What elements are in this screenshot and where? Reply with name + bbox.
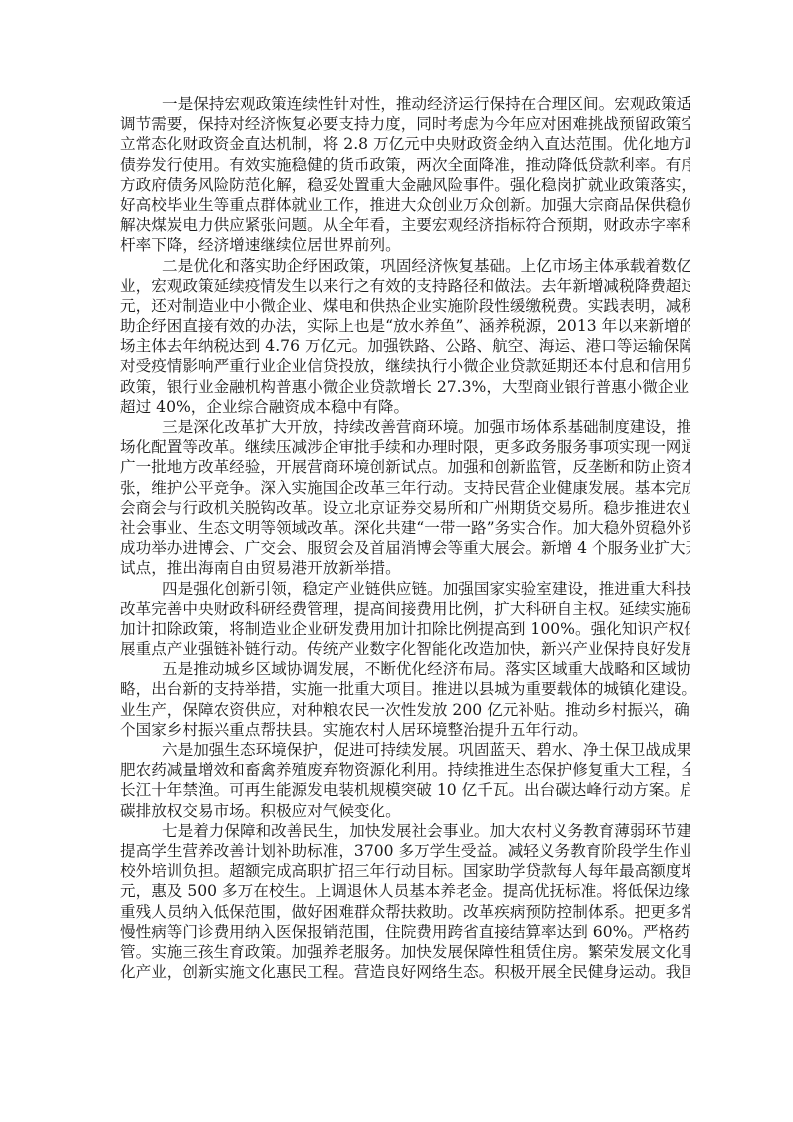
text-line: 助企纾困直接有效的办法，实际上也是“放水养鱼”、涵养税源，2013 年以来新增的…	[120, 316, 690, 336]
text-line: 校外培训负担。超额完成高职扩招三年行动目标。国家助学贷款每人每年最高额度增加 4…	[120, 861, 690, 881]
text-line: 社会事业、生态文明等领域改革。深化共建“一带一路”务实合作。加大稳外贸稳外资力度…	[120, 518, 690, 538]
text-line: 场主体去年纳税达到 4.76 万亿元。加强铁路、公路、航空、海运、港口等运输保障…	[120, 336, 690, 356]
text-line: 改革完善中央财政科研经费管理，提高间接费用比例，扩大科研自主权。延续实施研发费用	[120, 599, 690, 619]
text-line: 方政府债务风险防范化解，稳妥处置重大金融风险事件。强化稳岗扩就业政策落实，扎实做	[120, 175, 690, 195]
paragraph-4: 四是强化创新引领，稳定产业链供应链。加强国家实验室建设，推进重大科技项目实施。 …	[120, 579, 690, 660]
text-line: 解决煤炭电力供应紧张问题。从全年看，主要宏观经济指标符合预期，财政赤字率和宏观杠	[120, 215, 690, 235]
text-line: 调节需要，保持对经济恢复必要支持力度，同时考虑为今年应对困难挑战预留政策空间。建	[120, 114, 690, 134]
document-body: 一是保持宏观政策连续性针对性，推动经济运行保持在合理区间。宏观政策适应跨周期 调…	[120, 94, 690, 982]
text-line: 政策，银行业金融机构普惠小微企业贷款增长 27.3%，大型商业银行普惠小微企业贷…	[120, 377, 690, 397]
text-line: 会商会与行政机关脱钩改革。设立北京证券交易所和广州期货交易所。稳步推进农业农村、	[120, 498, 690, 518]
text-line: 杆率下降，经济增速继续位居世界前列。	[120, 235, 690, 255]
text-line: 五是推动城乡区域协调发展，不断优化经济布局。落实区域重大战略和区域协调发展战	[120, 659, 690, 679]
text-line: 广一批地方改革经验，开展营商环境创新试点。加强和创新监管，反垄断和防止资本无序扩	[120, 457, 690, 477]
paragraph-3: 三是深化改革扩大开放，持续改善营商环境。加强市场体系基础制度建设，推进要素市 场…	[120, 417, 690, 579]
text-line: 个国家乡村振兴重点帮扶县。实施农村人居环境整治提升五年行动。	[120, 720, 690, 740]
text-line: 元，还对制造业中小微企业、煤电和供热企业实施阶段性缓缴税费。实践表明，减税降费是	[120, 296, 690, 316]
text-line: 提高学生营养改善计划补助标准，3700 多万学生受益。减轻义务教育阶段学生作业负…	[120, 841, 690, 861]
text-line: 债券发行使用。有效实施稳健的货币政策，两次全面降准，推动降低贷款利率。有序推进地	[120, 155, 690, 175]
paragraph-2: 二是优化和落实助企纾困政策，巩固经济恢复基础。上亿市场主体承载着数亿人就业创 业…	[120, 256, 690, 418]
text-line: 成功举办进博会、广交会、服贸会及首届消博会等重大展会。新增 4 个服务业扩大开放…	[120, 538, 690, 558]
text-line: 立常态化财政资金直达机制，将 2.8 万亿元中央财政资金纳入直达范围。优化地方政…	[120, 134, 690, 154]
text-line: 慢性病等门诊费用纳入医保报销范围，住院费用跨省直接结算率达到 60%。严格药品疫…	[120, 922, 690, 942]
text-line: 二是优化和落实助企纾困政策，巩固经济恢复基础。上亿市场主体承载着数亿人就业创	[120, 256, 690, 276]
paragraph-5: 五是推动城乡区域协调发展，不断优化经济布局。落实区域重大战略和区域协调发展战 略…	[120, 659, 690, 740]
text-line: 业生产，保障农资供应，对种粮农民一次性发放 200 亿元补贴。推动乡村振兴，确定…	[120, 700, 690, 720]
text-line: 管。实施三孩生育政策。加强养老服务。加快发展保障性租赁住房。繁荣发展文化事业和文	[120, 942, 690, 962]
text-line: 四是强化创新引领，稳定产业链供应链。加强国家实验室建设，推进重大科技项目实施。	[120, 579, 690, 599]
text-line: 试点，推出海南自由贸易港开放新举措。	[120, 558, 690, 578]
text-line: 对受疫情影响严重行业企业信贷投放，继续执行小微企业贷款延期还本付息和信用贷款支持	[120, 356, 690, 376]
text-line: 加计扣除政策，将制造业企业研发费用加计扣除比例提高到 100%。强化知识产权保护…	[120, 619, 690, 639]
paragraph-7: 七是着力保障和改善民生，加快发展社会事业。加大农村义务教育薄弱环节建设力度， 提…	[120, 821, 690, 983]
text-line: 一是保持宏观政策连续性针对性，推动经济运行保持在合理区间。宏观政策适应跨周期	[120, 94, 690, 114]
text-line: 元，惠及 500 多万在校生。上调退休人员基本养老金。提高优抚标准。将低保边缘家…	[120, 881, 690, 901]
text-line: 好高校毕业生等重点群体就业工作，推进大众创业万众创新。加强大宗商品保供稳价，着力	[120, 195, 690, 215]
paragraph-1: 一是保持宏观政策连续性针对性，推动经济运行保持在合理区间。宏观政策适应跨周期 调…	[120, 94, 690, 256]
text-line: 长江十年禁渔。可再生能源发电装机规模突破 10 亿千瓦。出台碳达峰行动方案。启动…	[120, 780, 690, 800]
text-line: 重残人员纳入低保范围，做好困难群众帮扶救助。改革疾病预防控制体系。把更多常见病、	[120, 902, 690, 922]
text-line: 展重点产业强链补链行动。传统产业数字化智能化改造加快，新兴产业保持良好发展势头。	[120, 639, 690, 659]
text-line: 场化配置等改革。继续压减涉企审批手续和办理时限，更多政务服务事项实现一网通办。推	[120, 437, 690, 457]
text-line: 业，宏观政策延续疫情发生以来行之有效的支持路径和做法。去年新增减税降费超过 1 …	[120, 276, 690, 296]
text-line: 超过 40%，企业综合融资成本稳中有降。	[120, 397, 690, 417]
text-line: 张，维护公平竞争。深入实施国企改革三年行动。支持民营企业健康发展。基本完成行业协	[120, 478, 690, 498]
text-line: 碳排放权交易市场。积极应对气候变化。	[120, 801, 690, 821]
text-line: 三是深化改革扩大开放，持续改善营商环境。加强市场体系基础制度建设，推进要素市	[120, 417, 690, 437]
text-line: 化产业，创新实施文化惠民工程。营造良好网络生态。积极开展全民健身运动。我国体育健	[120, 962, 690, 982]
text-line: 肥农药减量增效和畜禽养殖废弃物资源化利用。持续推进生态保护修复重大工程，全面实施	[120, 760, 690, 780]
text-line: 七是着力保障和改善民生，加快发展社会事业。加大农村义务教育薄弱环节建设力度，	[120, 821, 690, 841]
paragraph-6: 六是加强生态环境保护，促进可持续发展。巩固蓝天、碧水、净土保卫战成果。推动化 肥…	[120, 740, 690, 821]
text-line: 略，出台新的支持举措，实施一批重大项目。推进以县城为重要载体的城镇化建设。加强农	[120, 679, 690, 699]
document-page: 一是保持宏观政策连续性针对性，推动经济运行保持在合理区间。宏观政策适应跨周期 调…	[0, 0, 793, 1122]
text-line: 六是加强生态环境保护，促进可持续发展。巩固蓝天、碧水、净土保卫战成果。推动化	[120, 740, 690, 760]
